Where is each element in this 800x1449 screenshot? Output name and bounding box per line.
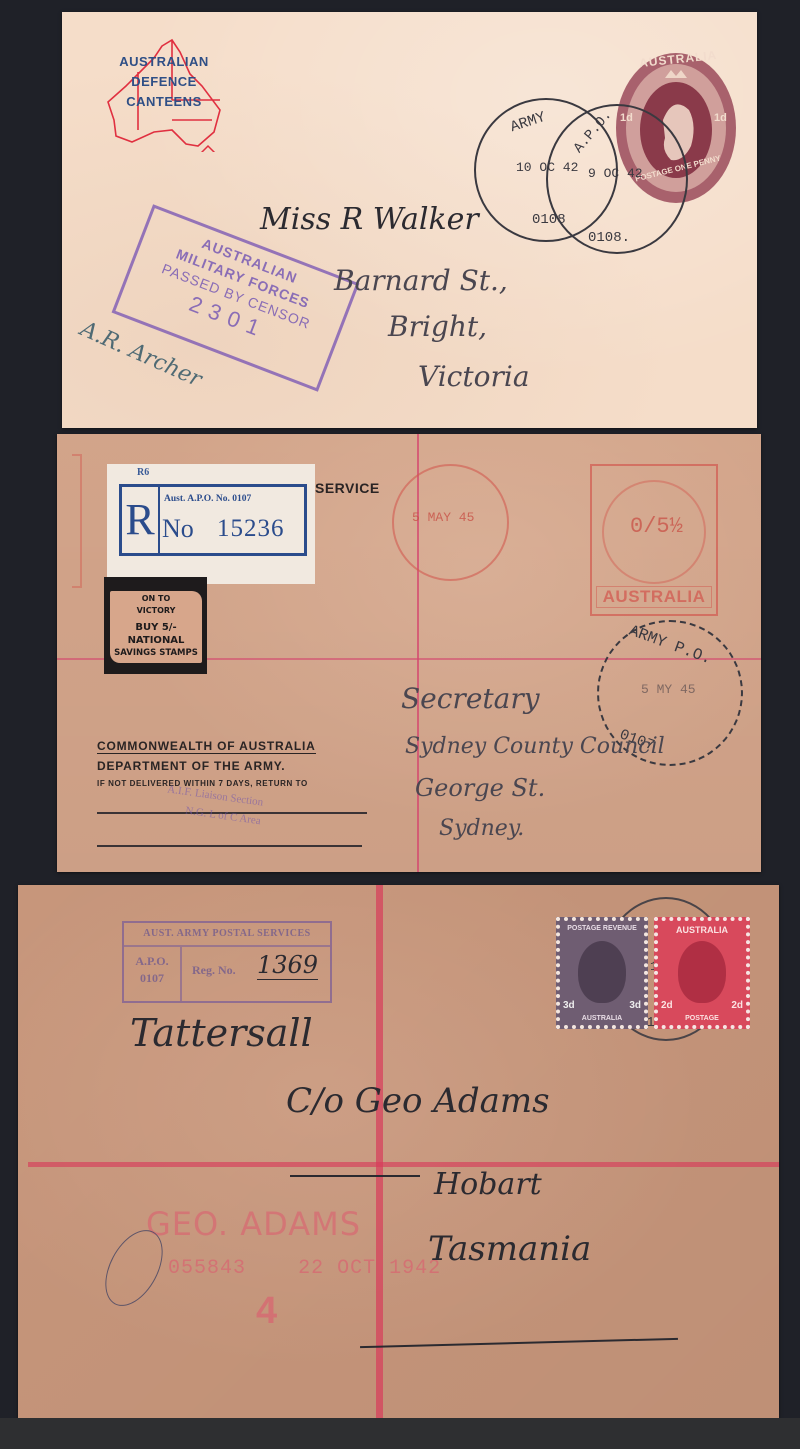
sender-number: 055843 xyxy=(168,1257,246,1280)
address-line-3: George St. xyxy=(415,774,545,802)
stamp-bottom-text: POSTAGE xyxy=(658,1015,746,1022)
aps-office: A.P.O. 0107 xyxy=(124,947,182,1001)
stamp-top-text: AUSTRALIA xyxy=(658,925,746,935)
envelope-army-registered: SERVICE 5 MAY 45 0/5½ AUSTRALIA R6 R Aus… xyxy=(57,434,761,872)
return-line-3: IF NOT DELIVERED WITHIN 7 DAYS, RETURN T… xyxy=(97,779,308,788)
three-penny-stamp: POSTAGE REVENUE 3d 3d AUSTRALIA xyxy=(556,917,648,1029)
stamped-return-2: N.G. L of C Area xyxy=(185,805,262,827)
meter-stamp: 0/5½ AUSTRALIA xyxy=(590,464,718,616)
sender-number-date: 055843 22 OCT 1942 xyxy=(168,1257,441,1280)
meter-postmark: 5 MAY 45 xyxy=(392,464,509,581)
meter-frame-edge xyxy=(72,454,82,588)
meter-value: 0/5½ xyxy=(630,514,683,539)
return-address-line-2 xyxy=(97,845,362,847)
address-line-3: Hobart xyxy=(434,1167,542,1202)
logo-line-2: DEFENCE xyxy=(102,72,226,92)
registration-no-prefix: No xyxy=(162,514,194,544)
stamp-value-right: 2d xyxy=(731,1000,743,1011)
two-penny-stamp: AUSTRALIA 2d 2d POSTAGE xyxy=(654,917,750,1029)
bottom-strip xyxy=(0,1418,800,1449)
registration-letter: R xyxy=(122,487,160,553)
stamp-top-text: POSTAGE REVENUE xyxy=(560,925,644,932)
stamp-value-left: 3d xyxy=(563,1000,575,1011)
address-line-2: Barnard St., xyxy=(334,264,508,297)
stamp-value-right: 3d xyxy=(629,1000,641,1011)
address-line-2: C/o Geo Adams xyxy=(286,1081,550,1121)
address-rule xyxy=(290,1175,420,1177)
sender-date: 22 OCT 1942 xyxy=(298,1257,441,1280)
postmark-top-text: ARMY xyxy=(508,109,548,136)
return-line-1: COMMONWEALTH OF AUSTRALIA xyxy=(97,739,316,754)
aps-title: AUST. ARMY POSTAL SERVICES xyxy=(124,923,330,947)
return-line-2: DEPARTMENT OF THE ARMY. xyxy=(97,759,285,773)
address-line-4: Sydney. xyxy=(439,816,524,841)
meter-country: AUSTRALIA xyxy=(596,586,712,608)
official-service-header: SERVICE xyxy=(315,480,380,496)
aps-apo-line-1: A.P.O. xyxy=(124,953,180,970)
registration-frame: R Aust. A.P.O. No. 0107 No 15236 xyxy=(119,484,307,556)
savings-line-3: BUY 5/- xyxy=(110,621,202,634)
registration-crayon-horizontal xyxy=(28,1162,779,1167)
sender-name-stamp: GEO. ADAMS xyxy=(146,1205,361,1243)
aps-apo-line-2: 0107 xyxy=(124,970,180,987)
logo-line-1: AUSTRALIAN xyxy=(102,52,226,72)
king-portrait-icon xyxy=(678,941,726,1003)
savings-line-5: SAVINGS STAMPS xyxy=(110,647,202,660)
envelope-defence-canteens: AUSTRALIAN DEFENCE CANTEENS AUSTRALIA 1d… xyxy=(62,12,757,428)
postmark-date: 9 OC 42 xyxy=(588,166,643,181)
registration-number: 15236 xyxy=(217,515,285,543)
address-line-4: Tasmania xyxy=(428,1229,591,1269)
savings-line-1: ON TO xyxy=(110,591,202,603)
stamp-value-right: 1d xyxy=(714,112,727,124)
postmark-bottom-text: 0108. xyxy=(588,230,630,246)
logo-line-3: CANTEENS xyxy=(102,92,226,112)
logo-text: AUSTRALIAN DEFENCE CANTEENS xyxy=(102,52,226,112)
registration-crayon-vertical xyxy=(376,885,383,1418)
aps-reg-label: Reg. No. xyxy=(192,963,236,978)
envelope-geo-adams: AUST. ARMY POSTAL SERVICES A.P.O. 0107 R… xyxy=(18,885,779,1418)
address-line-1: Secretary xyxy=(401,682,540,715)
king-portrait-icon xyxy=(578,941,626,1003)
savings-line-2: VICTORY xyxy=(110,603,202,615)
registration-label: R6 R Aust. A.P.O. No. 0107 No 15236 xyxy=(107,464,315,584)
savings-line-4: NATIONAL xyxy=(110,634,202,647)
registration-office: Aust. A.P.O. No. 0107 xyxy=(164,494,251,504)
address-line-3: Bright, xyxy=(388,310,487,343)
stamp-bottom-text: AUSTRALIA xyxy=(560,1015,644,1022)
address-underline xyxy=(360,1338,678,1348)
address-line-2: Sydney County Council xyxy=(405,734,665,759)
postmark-top-text: ARMY P.O. xyxy=(627,622,714,668)
address-line-1: Miss R Walker xyxy=(260,202,479,237)
army-postal-services-box: AUST. ARMY POSTAL SERVICES A.P.O. 0107 R… xyxy=(122,921,332,1003)
address-line-4: Victoria xyxy=(418,360,530,393)
postmark-date: 5 MY 45 xyxy=(641,682,696,697)
registration-series: R6 xyxy=(137,467,149,478)
army-postmark-2: A.P.O. 9 OC 42 0108. xyxy=(546,104,688,254)
sender-mark: 4 xyxy=(256,1290,277,1333)
address-line-1: Tattersall xyxy=(130,1011,313,1055)
aps-reg-number: 1369 xyxy=(257,951,318,980)
savings-stamps-label: ON TO VICTORY BUY 5/- NATIONAL SAVINGS S… xyxy=(104,577,207,674)
meter-postmark-date: 5 MAY 45 xyxy=(412,510,474,525)
stamp-value-left: 2d xyxy=(661,1000,673,1011)
